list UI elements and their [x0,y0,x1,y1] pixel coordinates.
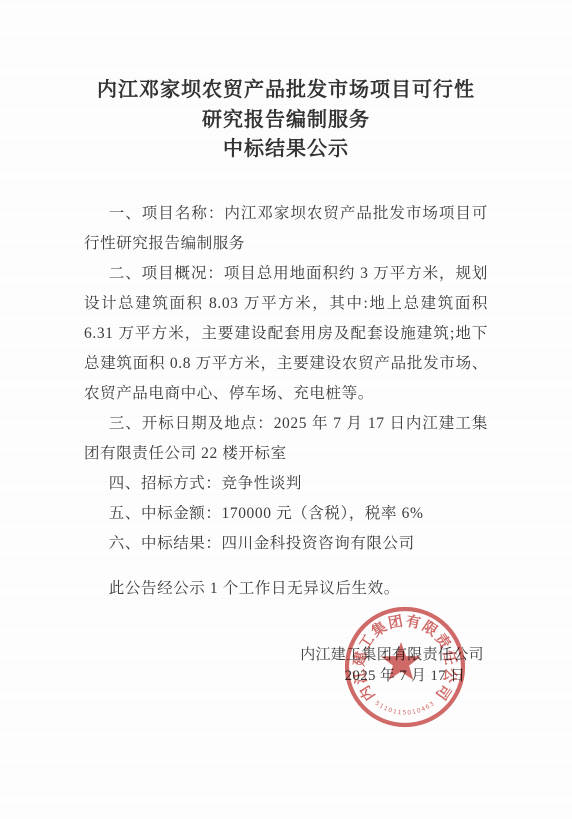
paragraph-project-name: 一、项目名称：内江邓家坝农贸产品批发市场项目可行性研究报告编制服务 [84,199,488,259]
signature-date: 2025 年 7 月 17 日 [297,666,487,687]
seal-code-holder: 5110115010463 [374,700,437,717]
paragraph-project-overview: 二、项目概况：项目总用地面积约 3 万平方米，规划设计总建筑面积 8.03 万平… [84,259,488,409]
document-title: 内江邓家坝农贸产品批发市场项目可行性 研究报告编制服务 中标结果公示 [0,76,572,165]
seal-code: 5110115010463 [374,700,437,717]
paragraph-bid-opening-date-location: 三、开标日期及地点：2025 年 7 月 17 日内江建工集团有限责任公司 22… [84,409,488,469]
title-line-3: 中标结果公示 [0,135,572,165]
signature-block: 内江建工集团有限责任公司 2025 年 7 月 17 日 [297,645,487,687]
title-line-2: 研究报告编制服务 [0,106,572,136]
paragraph-tender-method: 四、招标方式：竞争性谈判 [84,469,488,499]
paragraph-effective-notice: 此公告经公示 1 个工作日无异议后生效。 [84,574,488,604]
paragraph-award-result: 六、中标结果：四川金科投资咨询有限公司 [84,529,488,559]
paragraph-award-amount: 五、中标金额：170000 元（含税），税率 6% [84,499,488,529]
document-page: 内江邓家坝农贸产品批发市场项目可行性 研究报告编制服务 中标结果公示 一、项目名… [0,0,572,819]
signature-company: 内江建工集团有限责任公司 [297,645,487,666]
title-line-1: 内江邓家坝农贸产品批发市场项目可行性 [0,76,572,106]
document-body: 一、项目名称：内江邓家坝农贸产品批发市场项目可行性研究报告编制服务 二、项目概况… [84,199,488,604]
